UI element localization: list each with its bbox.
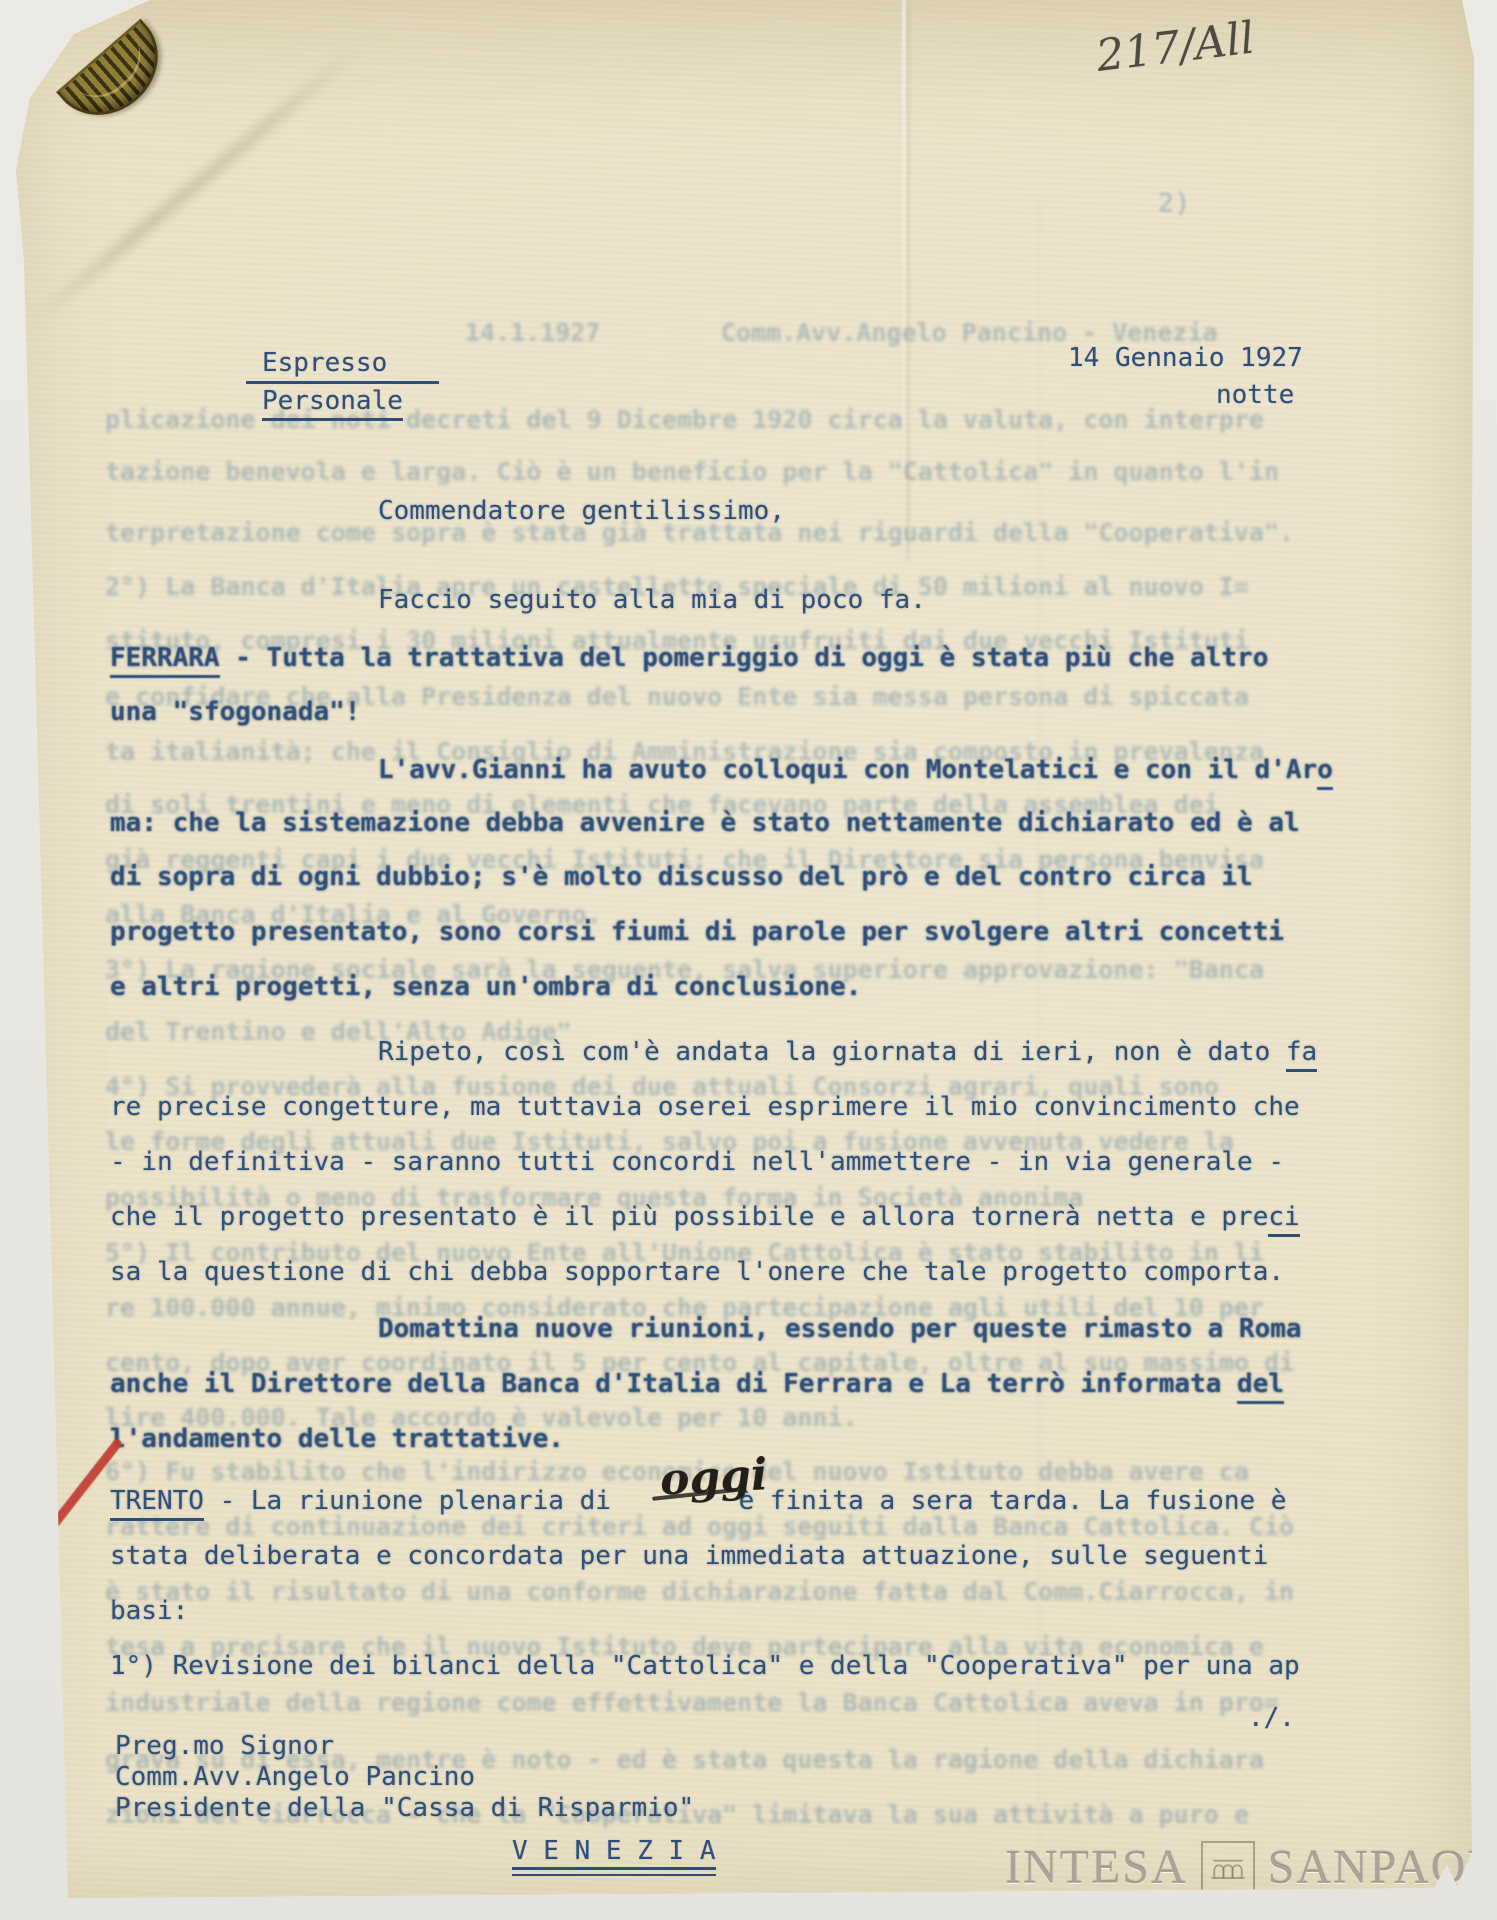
recipient-city: V E N E Z I A bbox=[512, 1836, 716, 1866]
aqueduct-logo-icon bbox=[1201, 1841, 1255, 1895]
body-line: anche il Direttore della Banca d'Italia … bbox=[110, 1369, 1284, 1399]
ferrara-paragraph-line: una "sfogonada"! bbox=[110, 697, 360, 727]
trento-paragraph-line: basi: bbox=[110, 1596, 188, 1626]
body-line: ma: che la sistemazione debba avvenire è… bbox=[110, 808, 1300, 838]
body-line: L'avv.Gianni ha avuto colloqui con Monte… bbox=[378, 755, 1333, 785]
classification-personale: Personale bbox=[262, 386, 403, 416]
watermark-intesa-label: INTESA bbox=[1005, 1840, 1188, 1895]
body-line: re precise congetture, ma tuttavia osere… bbox=[110, 1092, 1300, 1122]
page-number: 2) bbox=[1158, 188, 1191, 219]
opening-line: Faccio seguito alla mia di poco fa. bbox=[378, 585, 926, 615]
watermark-sanpaolo-label: SANPAOLO bbox=[1268, 1840, 1497, 1895]
body-line: - in definitiva - saranno tutti concordi… bbox=[110, 1147, 1284, 1177]
recipient-honorific: Preg.mo Signor bbox=[115, 1731, 334, 1761]
time-line: notte bbox=[1216, 380, 1294, 410]
scan-background: 14.1.1927 Comm.Avv.Angelo Pancino - Vene… bbox=[0, 0, 1497, 1920]
ferrara-paragraph-line: FERRARA - Tutta la trattativa del pomeri… bbox=[110, 643, 1268, 673]
body-line: l'andamento delle trattative. bbox=[110, 1424, 564, 1454]
list-item-1: 1°) Revisione dei bilanci della "Cattoli… bbox=[110, 1651, 1300, 1681]
recipient-name: Comm.Avv.Angelo Pancino bbox=[115, 1762, 475, 1792]
letter-sheet: 14.1.1927 Comm.Avv.Angelo Pancino - Vene… bbox=[10, 0, 1474, 1902]
body-line: sa la questione di chi debba sopportare … bbox=[110, 1257, 1284, 1287]
body-line: e altri progetti, senza un'ombra di conc… bbox=[110, 972, 861, 1002]
archive-watermark: INTESA SANPAOLO bbox=[1005, 1840, 1497, 1895]
salutation: Commendatore gentilissimo, bbox=[378, 496, 785, 526]
typed-text: EspressoPersonale14 Gennaio 1927notteCom… bbox=[10, 0, 1474, 1902]
trento-paragraph-line: stata deliberata e concordata per una im… bbox=[110, 1541, 1268, 1571]
body-line: progetto presentato, sono corsi fiumi di… bbox=[110, 917, 1284, 947]
recipient-title: Presidente della "Cassa di Risparmio" bbox=[115, 1793, 694, 1823]
date-line: 14 Gennaio 1927 bbox=[1068, 343, 1303, 373]
classification-espresso: Espresso bbox=[262, 348, 387, 378]
continuation-mark: ./. bbox=[1248, 1703, 1295, 1733]
body-line: di sopra di ogni dubbio; s'è molto discu… bbox=[110, 862, 1253, 892]
body-line: che il progetto presentato è il più poss… bbox=[110, 1202, 1300, 1232]
body-line: Ripeto, così com'è andata la giornata di… bbox=[378, 1037, 1317, 1067]
body-line: Domattina nuove riunioni, essendo per qu… bbox=[378, 1314, 1302, 1344]
